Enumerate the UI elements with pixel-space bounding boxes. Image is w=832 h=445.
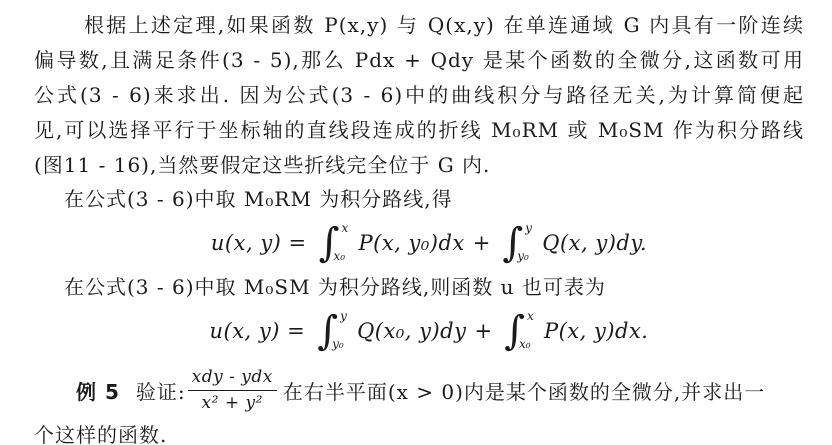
integrand: Q(x, y)dy. xyxy=(542,231,647,255)
integrand: Q(x₀, y)dy xyxy=(357,319,466,343)
example-text: 在右半平面(x > 0)内是某个函数的全微分,并求出一 xyxy=(283,376,765,405)
paragraph-2-lead: 在公式(3 - 6)中取 M₀RM 为积分路线,得 xyxy=(34,183,804,215)
paragraph-3-lead: 在公式(3 - 6)中取 M₀SM 为积分路线,则函数 u 也可表为 xyxy=(34,271,804,303)
text-line: (图11 - 16),当然要假定这些折线完全位于 G 内. xyxy=(34,148,804,183)
integral-lower-limit: y₀ xyxy=(332,337,347,351)
example-lead: 验证: xyxy=(136,376,186,405)
integral-limits: y y₀ xyxy=(336,307,351,355)
integral-limits: y y₀ xyxy=(521,219,536,267)
fraction-denominator: x² + y² xyxy=(188,391,277,413)
integral-limits: x x₀ xyxy=(523,307,538,355)
integral-lower-limit: x₀ xyxy=(334,249,349,263)
formula2-lhs: u(x, y) = xyxy=(210,319,306,343)
integral-upper-limit: x xyxy=(342,221,357,235)
formula-u-along-M0RM: u(x, y) = ∫ x x₀ P(x, y₀)dx + ∫ y y₀ Q(x… xyxy=(44,215,814,271)
fraction-xdy-ydx-over-x2-y2: xdy - ydx x² + y² xyxy=(188,367,277,413)
text-line: 根据上述定理,如果函数 P(x,y) 与 Q(x,y) 在单连通域 G 内具有一… xyxy=(34,8,804,43)
text-line: 偏导数,且满足条件(3 - 5),那么 Pdx + Qdy 是某个函数的全微分,… xyxy=(34,43,804,78)
integral-operator: ∫ y y₀ xyxy=(502,219,540,267)
example-5-tail: 个这样的函数. xyxy=(34,419,804,445)
integral-operator: ∫ x x₀ xyxy=(504,307,542,355)
integral-operator: ∫ x x₀ xyxy=(319,219,357,267)
formula1-lhs: u(x, y) = xyxy=(211,231,307,255)
example-5-statement: 例 5 验证: xdy - ydx x² + y² 在右半平面(x > 0)内是… xyxy=(34,361,804,419)
integrand: P(x, y)dx. xyxy=(544,319,649,343)
integral-lower-limit: x₀ xyxy=(519,337,534,351)
integral-limits: x x₀ xyxy=(338,219,353,267)
integrand: P(x, y₀)dx xyxy=(359,231,465,255)
integral-upper-limit: y xyxy=(525,221,540,235)
integral-upper-limit: y xyxy=(340,309,355,323)
integral-upper-limit: x xyxy=(527,309,542,323)
text-line: 公式(3 - 6)来求出. 因为公式(3 - 6)中的曲线积分与路径无关,为计算… xyxy=(34,78,804,113)
textbook-page: 根据上述定理,如果函数 P(x,y) 与 Q(x,y) 在单连通域 G 内具有一… xyxy=(0,0,832,445)
example-label: 例 5 xyxy=(76,376,120,405)
paragraph-1: 根据上述定理,如果函数 P(x,y) 与 Q(x,y) 在单连通域 G 内具有一… xyxy=(34,8,804,183)
plus-operator: + xyxy=(474,319,492,343)
formula-u-along-M0SM: u(x, y) = ∫ y y₀ Q(x₀, y)dy + ∫ x x₀ P(x… xyxy=(44,303,814,359)
plus-operator: + xyxy=(473,231,491,255)
integral-operator: ∫ y y₀ xyxy=(317,307,355,355)
integral-lower-limit: y₀ xyxy=(517,249,532,263)
text-line: 见,可以选择平行于坐标轴的直线段连成的折线 M₀RM 或 M₀SM 作为积分路线 xyxy=(34,113,804,148)
fraction-numerator: xdy - ydx xyxy=(188,367,277,390)
